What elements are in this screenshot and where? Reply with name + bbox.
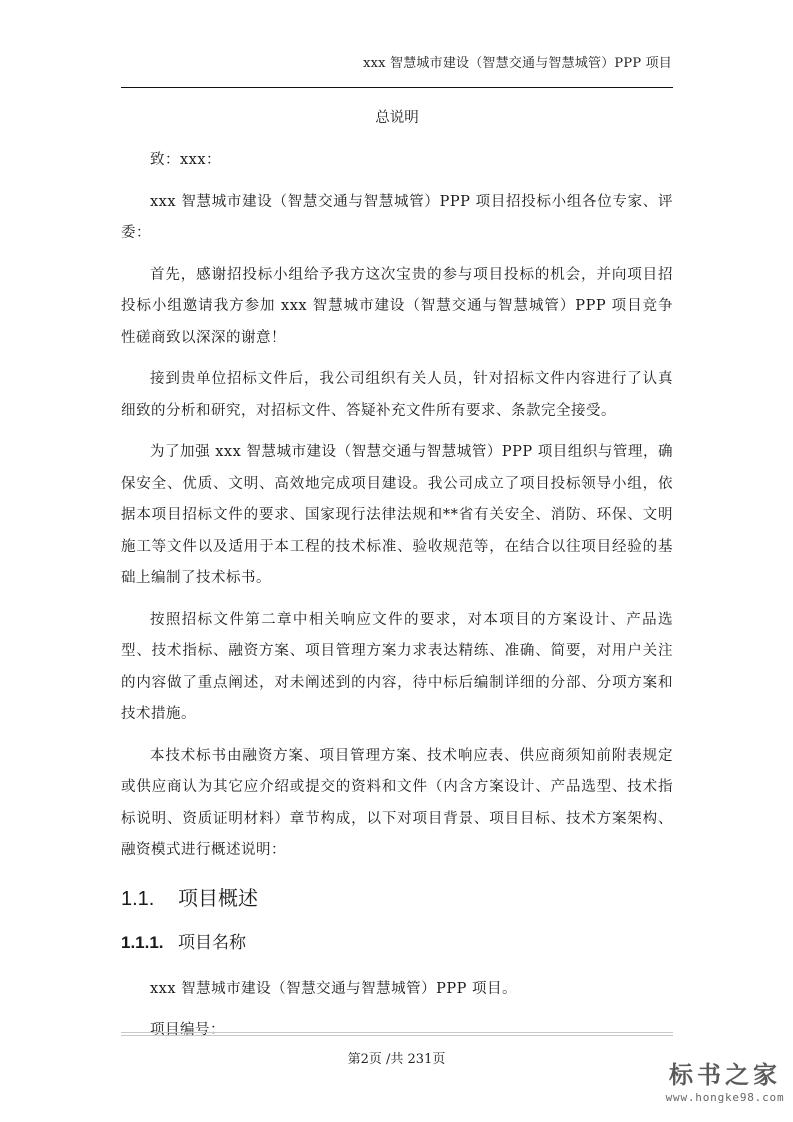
document-title: 总说明 (121, 104, 673, 132)
page-body: 总说明 致：xxx： xxx 智慧城市建设（智慧交通与智慧城管）PPP 项目招投… (121, 100, 673, 1057)
watermark-title: 标书之家 (665, 1060, 785, 1090)
acceptance-paragraph: 接到贵单位招标文件后，我公司组织有关人员，针对招标文件内容进行了认真细致的分析和… (121, 364, 673, 427)
structure-paragraph: 本技术标书由融资方案、项目管理方案、技术响应表、供应商须知前附表规定或供应商认为… (121, 741, 673, 867)
watermark-url: www.hongke98.com (665, 1090, 785, 1106)
organization-paragraph: 为了加强 xxx 智慧城市建设（智慧交通与智慧城管）PPP 项目组织与管理，确保… (121, 437, 673, 595)
subsection-title: 项目名称 (178, 925, 246, 961)
section-heading: 1.1. 项目概述 (121, 881, 673, 917)
header-divider (121, 87, 673, 88)
header-project-title: xxx 智慧城市建设（智慧交通与智慧城管）PPP 项目 (363, 52, 672, 71)
addressee-paragraph: xxx 智慧城市建设（智慧交通与智慧城管）PPP 项目招投标小组各位专家、评委： (121, 187, 673, 250)
thanks-paragraph: 首先，感谢招投标小组给予我方这次宝贵的参与项目投标的机会，并向项目招投标小组邀请… (121, 260, 673, 355)
footer-divider (121, 1032, 673, 1036)
salutation-paragraph: 致：xxx： (121, 145, 673, 177)
section-number: 1.1. (121, 881, 178, 917)
project-number-paragraph: 项目编号： (121, 1015, 673, 1047)
section-title: 项目概述 (178, 881, 258, 917)
subsection-heading: 1.1.1. 项目名称 (121, 925, 673, 961)
subsection-number: 1.1.1. (121, 925, 178, 961)
response-paragraph: 按照招标文件第二章中相关响应文件的要求，对本项目的方案设计、产品选型、技术指标、… (121, 605, 673, 731)
project-name-paragraph: xxx 智慧城市建设（智慧交通与智慧城管）PPP 项目。 (121, 974, 673, 1006)
watermark-logo: 标书之家 www.hongke98.com (665, 1060, 785, 1106)
